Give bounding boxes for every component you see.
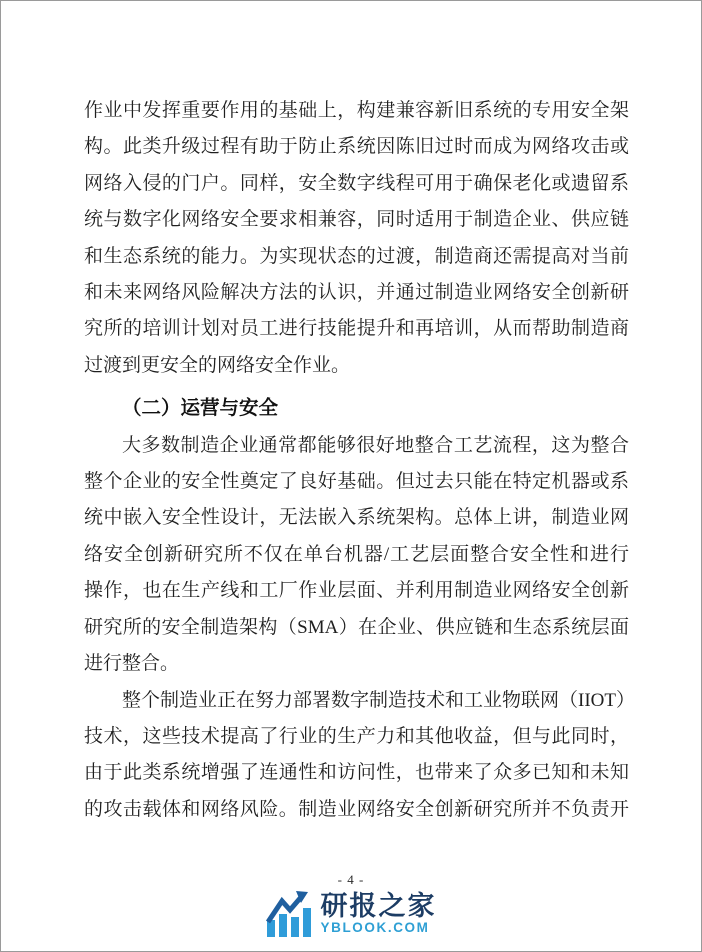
text-line: 技术，这些技术提高了行业的生产力和其他收益，但与此同时， (84, 719, 629, 755)
paragraph: 大多数制造企业通常都能够很好地整合工艺流程，这为整合 整个企业的安全性奠定了良好… (84, 428, 629, 683)
logo-domain: YBLOOK.COM (321, 920, 437, 935)
text-line: 由于此类系统增强了连通性和访问性，也带来了众多已知和未知 (84, 755, 629, 791)
text-line: 统与数字化网络安全要求相兼容，同时适用于制造企业、供应链 (84, 202, 629, 238)
text-line: 统中嵌入安全性设计，无法嵌入系统架构。总体上讲，制造业网 (84, 500, 629, 536)
text-line: 过渡到更安全的网络安全作业。 (84, 348, 629, 384)
document-page: { "document": { "paragraph1": { "lines":… (0, 0, 702, 952)
text-line: 网络入侵的门户。同样，安全数字线程可用于确保老化或遗留系 (84, 166, 629, 202)
page-number: - 4 - (1, 872, 701, 887)
text-line: 整个制造业正在努力部署数字制造技术和工业物联网（IIOT） (84, 683, 629, 719)
page-footer: - 4 - 研报之家 YBLOOK.COM (1, 872, 701, 937)
section-heading: （二）运营与安全 (84, 391, 629, 427)
text-line: 大多数制造企业通常都能够很好地整合工艺流程，这为整合 (84, 428, 629, 464)
logo-text: 研报之家 YBLOOK.COM (321, 892, 437, 935)
text-line: 构。此类升级过程有助于防止系统因陈旧过时而成为网络攻击或 (84, 129, 629, 165)
text-line: 进行整合。 (84, 646, 629, 682)
text-line: 操作，也在生产线和工厂作业层面、并利用制造业网络安全创新 (84, 573, 629, 609)
text-line: 和生态系统的能力。为实现状态的过渡，制造商还需提高对当前 (84, 239, 629, 275)
paragraph-continuation: 作业中发挥重要作用的基础上，构建兼容新旧系统的专用安全架 构。此类升级过程有助于… (84, 93, 629, 384)
text-line: 究所的培训计划对员工进行技能提升和再培训，从而帮助制造商 (84, 311, 629, 347)
logo-title: 研报之家 (321, 892, 437, 920)
text-line: 的攻击载体和网络风险。制造业网络安全创新研究所并不负责开 (84, 792, 629, 828)
text-line: 和未来网络风险解决方法的认识，并通过制造业网络安全创新研 (84, 275, 629, 311)
text-line: 研究所的安全制造架构（SMA）在企业、供应链和生态系统层面 (84, 610, 629, 646)
bar-chart-up-arrow-icon (266, 890, 314, 937)
text-line: 作业中发挥重要作用的基础上，构建兼容新旧系统的专用安全架 (84, 93, 629, 129)
page-content: 作业中发挥重要作用的基础上，构建兼容新旧系统的专用安全架 构。此类升级过程有助于… (1, 1, 629, 828)
text-line: 络安全创新研究所不仅在单台机器/工艺层面整合安全性和进行 (84, 537, 629, 573)
text-line: 整个企业的安全性奠定了良好基础。但过去只能在特定机器或系 (84, 464, 629, 500)
paragraph: 整个制造业正在努力部署数字制造技术和工业物联网（IIOT） 技术，这些技术提高了… (84, 683, 629, 829)
watermark-logo: 研报之家 YBLOOK.COM (1, 890, 701, 937)
